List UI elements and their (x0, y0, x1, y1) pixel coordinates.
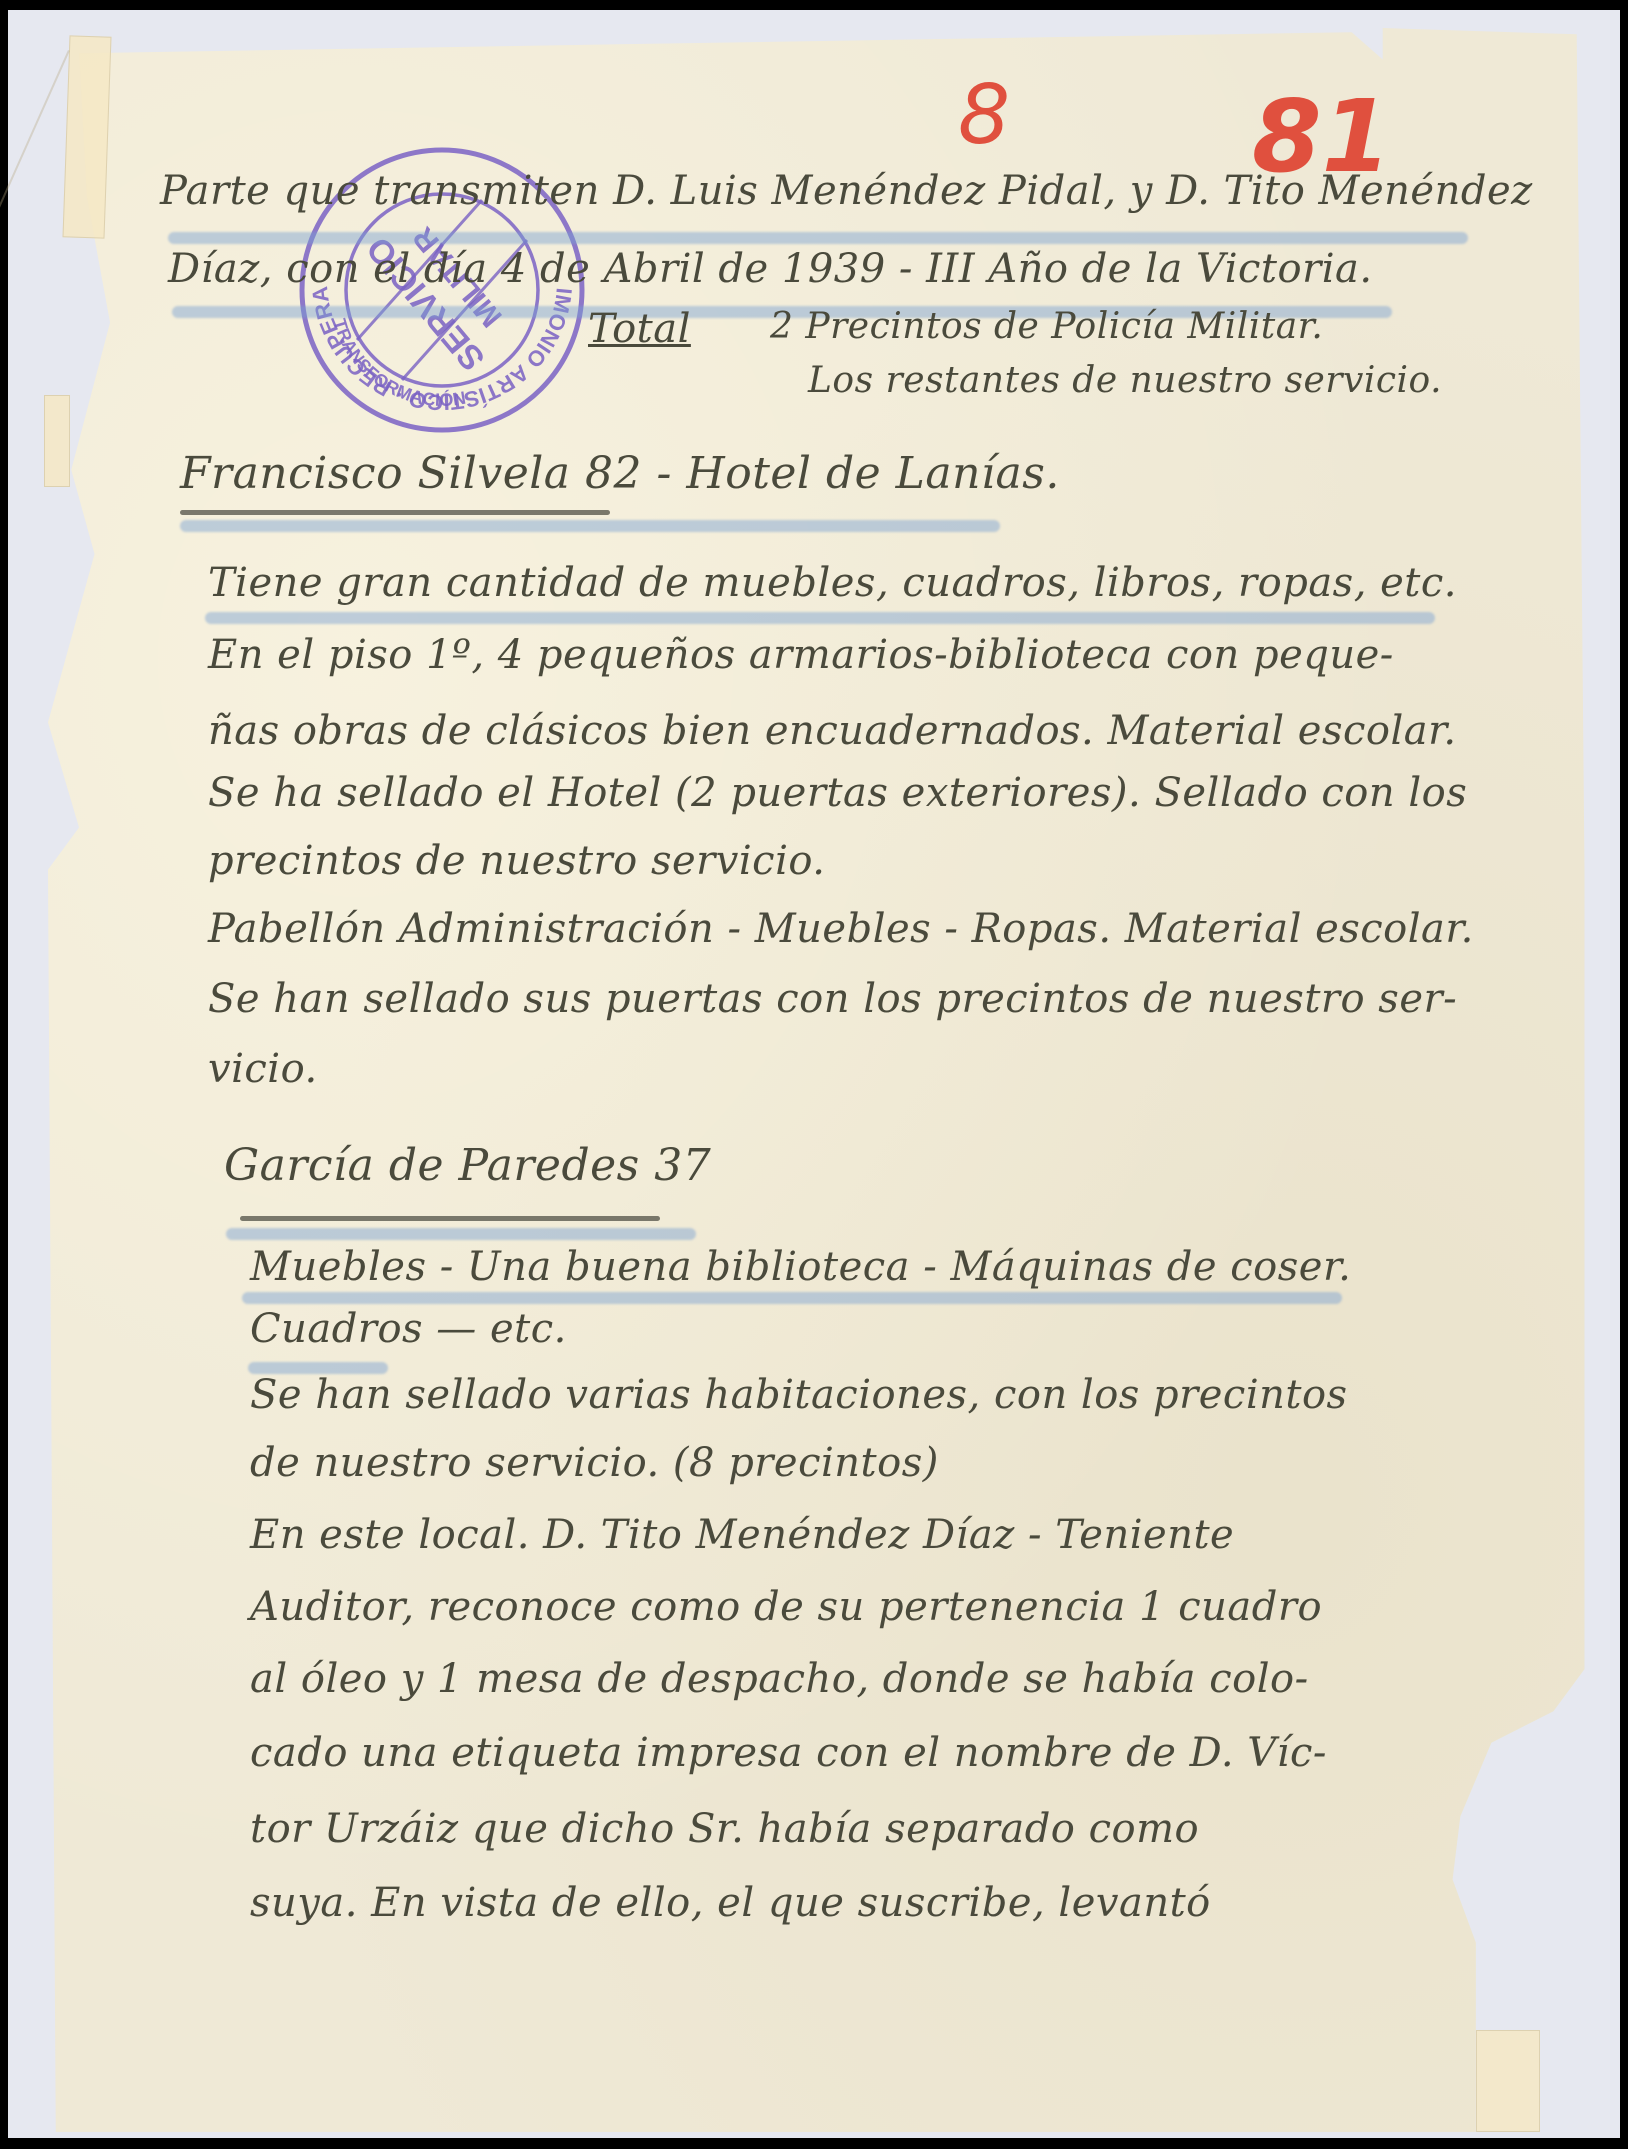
blue-underline (180, 520, 1000, 532)
tape-left-bottom (44, 395, 70, 487)
total-line-2: Los restantes de nuestro servicio. (808, 360, 1442, 401)
section-1-line: En el piso 1º, 4 pequeños armarios-bibli… (208, 632, 1394, 678)
section-1-line: Tiene gran cantidad de muebles, cuadros,… (208, 560, 1457, 606)
section-2-line: al óleo y 1 mesa de despacho, donde se h… (250, 1656, 1309, 1702)
title-underline (180, 510, 610, 515)
total-line-1: 2 Precintos de Policía Militar. (770, 306, 1323, 347)
section-2-line: Se han sellado varias habitaciones, con … (250, 1372, 1348, 1418)
blue-underline (226, 1228, 696, 1240)
section-2-line: cado una etiqueta impresa con el nombre … (250, 1730, 1327, 1776)
section-2-line: En este local. D. Tito Menéndez Díaz - T… (250, 1512, 1234, 1558)
blue-underline (205, 612, 1435, 624)
section-1-line: precintos de nuestro servicio. (208, 838, 825, 884)
tape-right-bottom (1476, 2030, 1540, 2132)
section-title: Francisco Silvela 82 - Hotel de Lanías. (180, 448, 1060, 499)
section-2-line: Muebles - Una buena biblioteca - Máquina… (250, 1244, 1351, 1290)
section-2-line: tor Urzáiz que dicho Sr. había separado … (250, 1806, 1199, 1852)
section-title: García de Paredes 37 (224, 1140, 711, 1191)
section-1-line: Se ha sellado el Hotel (2 puertas exteri… (208, 770, 1467, 816)
header-line-1: Parte que transmiten D. Luis Menéndez Pi… (160, 168, 1533, 214)
section-1-line: ñas obras de clásicos bien encuadernados… (208, 708, 1457, 754)
section-2-line: de nuestro servicio. (8 precintos) (250, 1440, 939, 1486)
section-1-line: Pabellón Administración - Muebles - Ropa… (208, 906, 1474, 952)
section-2-line: Cuadros — etc. (250, 1306, 567, 1352)
blue-underline (168, 232, 1468, 244)
fold-line (0, 50, 70, 380)
section-1-line: vicio. (208, 1046, 318, 1092)
tape-left-top (62, 35, 111, 238)
folio-number-small: 8 (958, 68, 1010, 163)
title-underline (240, 1216, 660, 1221)
section-2-line: suya. En vista de ello, el que suscribe,… (250, 1880, 1211, 1926)
blue-underline (242, 1292, 1342, 1304)
header-line-2: Díaz, con el día 4 de Abril de 1939 - II… (168, 246, 1373, 292)
section-2-line: Auditor, reconoce como de su pertenencia… (250, 1584, 1322, 1630)
section-1-line: Se han sellado sus puertas con los preci… (208, 976, 1457, 1022)
total-label: Total (588, 306, 691, 352)
